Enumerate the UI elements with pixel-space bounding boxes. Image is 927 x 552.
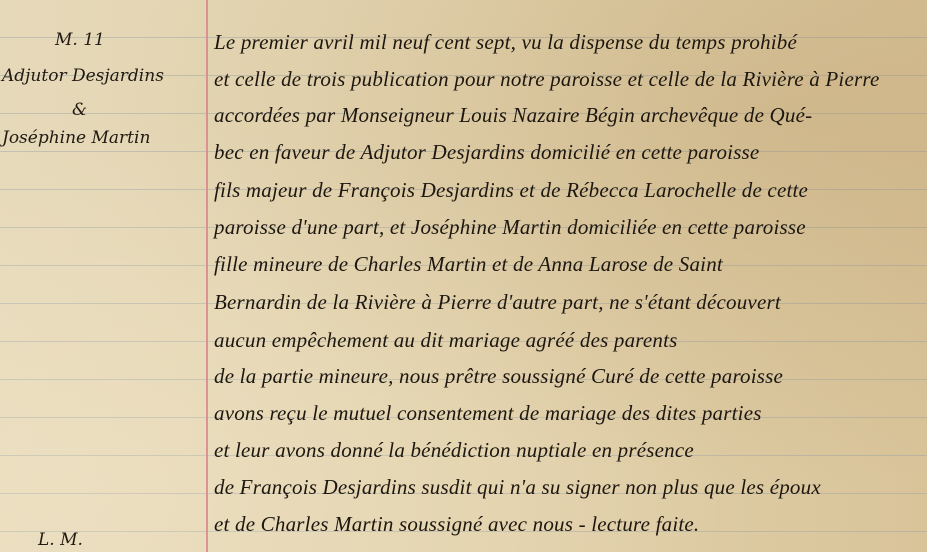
entry-line: fils majeur de François Desjardins et de…: [214, 178, 808, 203]
entry-line: aucun empêchement au dit mariage agréé d…: [214, 328, 678, 353]
groom-name: Adjutor Desjardins: [2, 66, 164, 86]
register-page: M. 11 Adjutor Desjardins & Joséphine Mar…: [0, 0, 927, 552]
entry-line: avons reçu le mutuel consentement de mar…: [214, 401, 762, 426]
entry-line: et de Charles Martin soussigné avec nous…: [214, 512, 699, 537]
entry-line: de la partie mineure, nous prêtre soussi…: [214, 364, 783, 389]
entry-line: de François Desjardins susdit qui n'a su…: [214, 475, 821, 500]
entry-line: fille mineure de Charles Martin et de An…: [214, 252, 723, 277]
margin-rule: [206, 0, 208, 552]
entry-line: Le premier avril mil neuf cent sept, vu …: [214, 30, 797, 55]
entry-line: bec en faveur de Adjutor Desjardins domi…: [214, 140, 759, 165]
entry-line: et celle de trois publication pour notre…: [214, 67, 879, 92]
entry-line: Bernardin de la Rivière à Pierre d'autre…: [214, 290, 781, 315]
entry-line: et leur avons donné la bénédiction nupti…: [214, 438, 694, 463]
bride-name: Joséphine Martin: [2, 128, 150, 148]
ampersand: &: [72, 100, 87, 120]
entry-number: M. 11: [55, 30, 105, 50]
entry-line: accordées par Monseigneur Louis Nazaire …: [214, 103, 812, 128]
entry-line: paroisse d'une part, et Joséphine Martin…: [214, 215, 806, 240]
next-entry-margin: L. M.: [38, 530, 83, 550]
